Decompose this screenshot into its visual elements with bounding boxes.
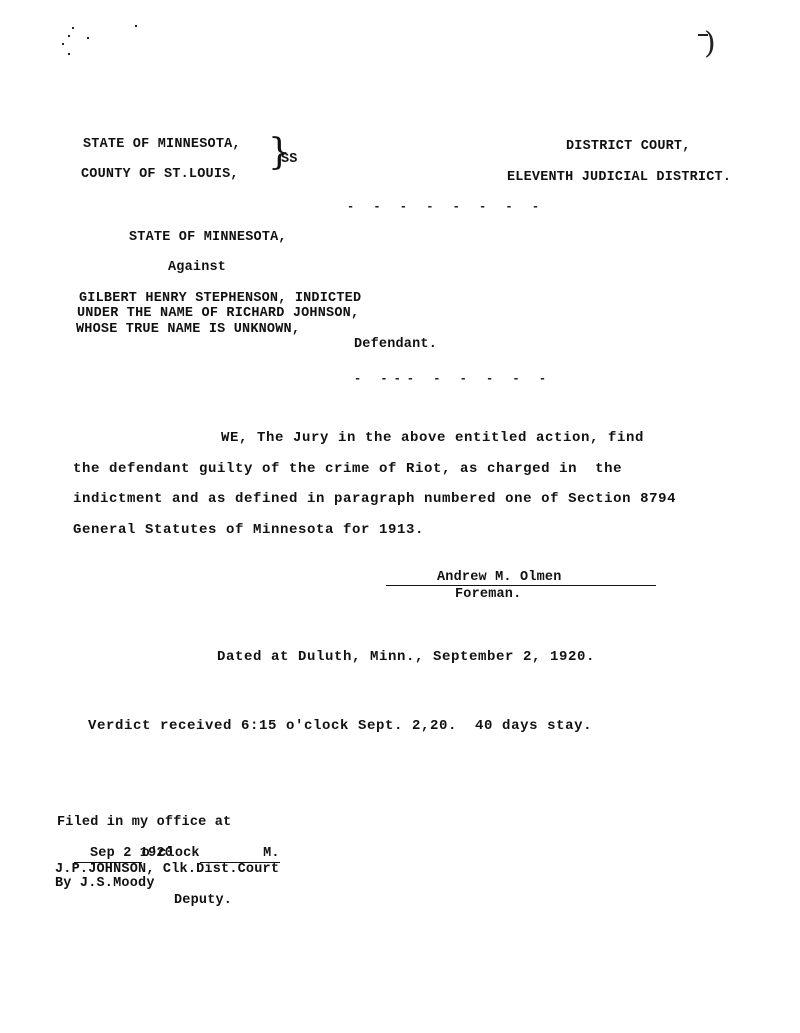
separator-bottom: - --- - - - - - <box>354 372 552 386</box>
scan-speck <box>68 35 70 37</box>
filing-date: Sep 2 1920 <box>90 846 173 862</box>
filing-by: By J.S.Moody <box>55 876 155 892</box>
verdict-line-4: General Statutes of Minnesota for 1913. <box>73 522 424 538</box>
scan-speck <box>698 34 708 36</box>
scan-speck <box>68 53 70 55</box>
defendant-line-1: GILBERT HENRY STEPHENSON, INDICTED <box>79 291 361 307</box>
defendant-line-2: UNDER THE NAME OF RICHARD JOHNSON, <box>77 306 359 322</box>
foreman-signature: Andrew M. Olmen <box>437 570 562 586</box>
judicial-district: ELEVENTH JUDICIAL DISTRICT. <box>507 170 731 186</box>
scan-speck <box>135 25 137 27</box>
court-name: DISTRICT COURT, <box>566 139 691 155</box>
verdict-line-2: the defendant guilty of the crime of Rio… <box>73 461 622 477</box>
signature-line <box>386 585 656 586</box>
caption-ss: SS <box>281 152 298 168</box>
scan-speck <box>62 43 64 45</box>
dated-line: Dated at Duluth, Minn., September 2, 192… <box>217 649 595 665</box>
foreman-title: Foreman. <box>455 587 521 603</box>
meridiem-blank: M. <box>200 846 280 863</box>
filing-line-1: Filed in my office at <box>57 815 231 831</box>
defendant-label: Defendant. <box>354 337 437 353</box>
caption-county: COUNTY OF ST.LOUIS, <box>81 167 239 183</box>
separator-top: - - - - - - - - <box>347 200 545 214</box>
filing-deputy: Deputy. <box>174 893 232 909</box>
plaintiff: STATE OF MINNESOTA, <box>129 230 287 246</box>
received-line: Verdict received 6:15 o'clock Sept. 2,20… <box>88 718 592 734</box>
scan-speck <box>87 37 89 39</box>
verdict-line-3: indictment and as defined in paragraph n… <box>73 491 676 507</box>
caption-state: STATE OF MINNESOTA, <box>83 137 241 153</box>
verdict-line-1: WE, The Jury in the above entitled actio… <box>221 430 644 446</box>
corner-bracket-mark: ) <box>704 26 716 61</box>
against-label: Against <box>168 260 226 276</box>
meridiem-label: M. <box>263 846 280 861</box>
defendant-line-3: WHOSE TRUE NAME IS UNKNOWN, <box>76 322 300 338</box>
scan-speck <box>72 27 74 29</box>
